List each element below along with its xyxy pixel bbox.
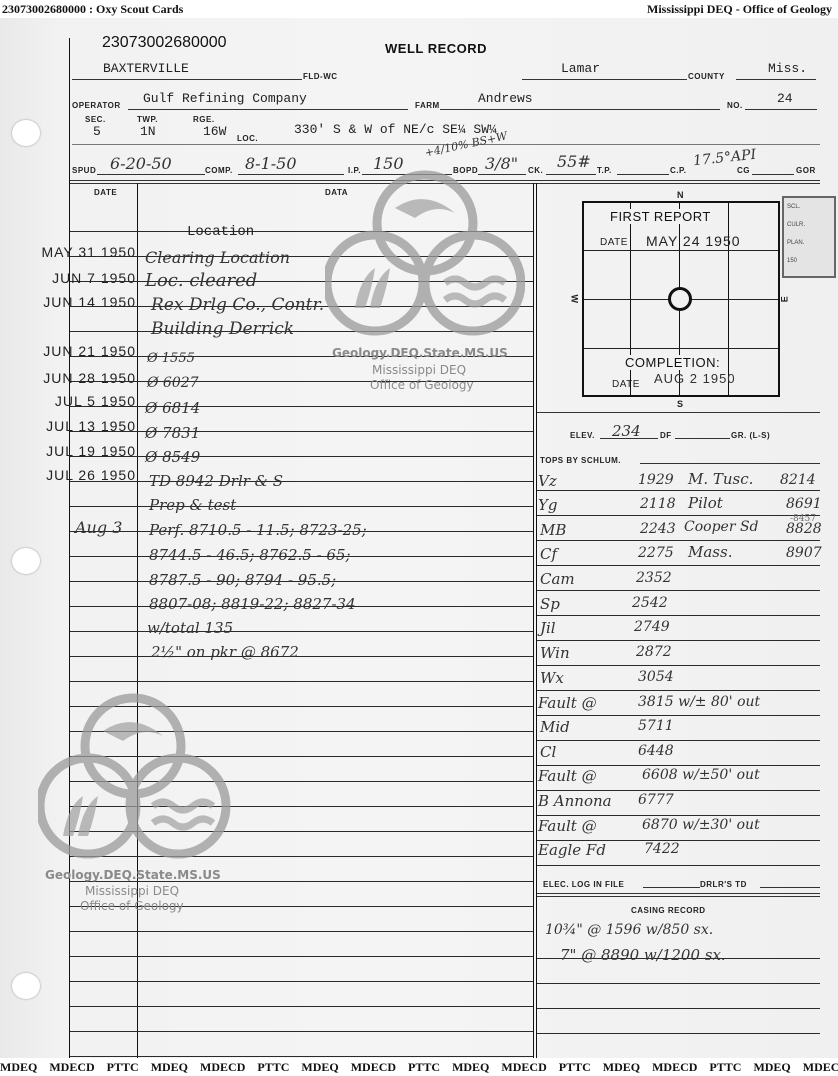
form-title: WELL RECORD xyxy=(385,41,487,56)
footer-item: MDEQ xyxy=(603,1060,640,1074)
ck-underline xyxy=(546,174,596,175)
twp-label: TWP. xyxy=(137,115,158,124)
top-name: Win xyxy=(540,644,570,662)
spud-underline xyxy=(97,174,205,175)
top-name: Eagle Fd xyxy=(538,841,606,859)
data-entry: Prep & test xyxy=(149,496,236,514)
df-label: DF xyxy=(660,431,672,440)
footer-item: MDECD xyxy=(200,1060,245,1074)
top-name-2: Cooper Sd xyxy=(684,519,759,535)
data-entry: Clearing Location xyxy=(145,248,290,267)
gr-label: GR. (L-S) xyxy=(731,431,770,440)
data-entry: Ø 6814 xyxy=(145,399,200,417)
binder-hole xyxy=(12,973,40,999)
stamp-row: PLAN. xyxy=(787,240,804,246)
field-value: BAXTERVILLE xyxy=(103,61,189,76)
rge-value: 16W xyxy=(203,124,226,139)
review-stamp: SCL. CULR. PLAN. 150 xyxy=(782,196,836,278)
footer-item: MDEQ xyxy=(452,1060,489,1074)
elec-log-label: ELEC. LOG IN FILE xyxy=(543,880,624,889)
title-bar: 23073002680000 : Oxy Scout Cards Mississ… xyxy=(0,0,838,18)
loc-label: LOC. xyxy=(237,134,258,143)
date-entry: JUL 5 1950 xyxy=(55,393,136,409)
top-depth: 2749 xyxy=(634,619,670,635)
casing-top-rule xyxy=(537,893,820,894)
top-depth: 2352 xyxy=(636,570,672,586)
footer-item: MDECD xyxy=(351,1060,396,1074)
footer-item: MDEQ xyxy=(0,1060,37,1074)
top-depth: 3815 w/± 80' out xyxy=(638,694,760,710)
county-underline xyxy=(522,79,687,80)
date-entry-handwritten: Aug 3 xyxy=(75,518,122,537)
top-name: Fault @ xyxy=(538,694,597,712)
footer-item: MDEQ xyxy=(753,1060,790,1074)
first-report-label: FIRST REPORT xyxy=(609,209,712,224)
top-name: Yg xyxy=(538,496,558,514)
record-title: 23073002680000 : Oxy Scout Cards xyxy=(2,0,183,18)
drlr-td-label: DRLR'S TD xyxy=(700,880,747,889)
elevation-underline xyxy=(600,438,658,439)
spud-label: SPUD xyxy=(72,166,96,175)
top-name: Sp xyxy=(540,595,560,613)
footer-item: MDECD xyxy=(49,1060,94,1074)
top-depth: 6777 xyxy=(638,792,674,808)
casing-entry: 7" @ 8890 w/1200 sx. xyxy=(560,946,726,964)
watermark-office: Office of Geology xyxy=(80,899,184,913)
date-entry: JUN 28 1950 xyxy=(43,370,136,386)
casing-entry: 10¾" @ 1596 w/850 sx. xyxy=(545,922,713,938)
comp-value: 8-1-50 xyxy=(245,154,297,173)
api-number: 23073002680000 xyxy=(102,34,227,52)
binder-hole xyxy=(12,120,40,146)
data-column-divider xyxy=(533,183,534,1058)
top-name: B Annona xyxy=(538,792,612,810)
date-entry: JUL 13 1950 xyxy=(46,418,136,434)
ck-value: 55# xyxy=(557,152,591,171)
top-depth: 5711 xyxy=(638,718,674,734)
top-depth-2: 8828 xyxy=(786,521,822,537)
top-name: MB xyxy=(540,521,566,539)
top-depth-2: 8691 xyxy=(786,496,822,512)
footer-item: MDECD xyxy=(652,1060,697,1074)
footer-item: PTTC xyxy=(107,1060,139,1074)
gor-label: GOR xyxy=(796,166,816,175)
comp-label: COMP. xyxy=(205,166,233,175)
farm-value: Andrews xyxy=(478,91,533,106)
top-depth-2: 8907 xyxy=(786,545,822,561)
tp-underline xyxy=(617,174,669,175)
footer-item: MDECD xyxy=(803,1060,838,1074)
footer-item: PTTC xyxy=(257,1060,289,1074)
top-name: Jil xyxy=(540,619,556,637)
well-record-scan: 23073002680000 WELL RECORD BAXTERVILLE F… xyxy=(0,18,838,1058)
operator-value: Gulf Refining Company xyxy=(143,91,307,106)
rge-label: RGE. xyxy=(193,115,215,124)
agency-title: Mississippi DEQ - Office of Geology xyxy=(647,0,832,18)
top-name: Cl xyxy=(540,743,556,761)
compass-north: N xyxy=(677,190,684,200)
top-depth-2: 8214 xyxy=(780,472,816,488)
county-value: Lamar xyxy=(561,61,600,76)
compass-west: W xyxy=(570,295,580,304)
casing-top-rule xyxy=(537,896,820,897)
operator-underline xyxy=(128,109,408,110)
top-depth: 7422 xyxy=(644,841,680,857)
stamp-row: 150 xyxy=(787,258,797,264)
number-value: 24 xyxy=(777,91,793,106)
sec-value: 5 xyxy=(93,124,101,139)
data-entry: 8807-08; 8819-22; 8827-34 xyxy=(149,595,356,613)
footer-bar: MDEQ MDECD PTTC MDEQ MDECD PTTC MDEQ MDE… xyxy=(0,1058,838,1076)
plat-grid-line xyxy=(584,348,778,349)
completion-date-label: DATE xyxy=(612,379,640,390)
data-entry: Rex Drlg Co., Contr. xyxy=(151,295,324,315)
field-label: FLD-WC xyxy=(303,72,338,81)
data-entry: Location xyxy=(187,224,254,240)
footer-item: PTTC xyxy=(559,1060,591,1074)
plat-map: FIRST REPORT DATE MAY 24 1950 COMPLETION… xyxy=(582,201,780,397)
top-depth: 6448 xyxy=(638,743,674,759)
data-entry: 2½" on pkr @ 8672 xyxy=(151,643,299,661)
plat-grid-line xyxy=(584,250,778,251)
state-value: Miss. xyxy=(768,61,807,76)
tp-label: T.P. xyxy=(597,166,612,175)
cg-underline xyxy=(752,174,794,175)
compass-south: S xyxy=(677,399,684,409)
top-name: Vz xyxy=(538,472,557,490)
date-entry: JUN 14 1950 xyxy=(43,294,136,310)
top-depth: 2118 xyxy=(640,496,676,512)
completion-label: COMPLETION: xyxy=(624,355,721,370)
completion-date: AUG 2 1950 xyxy=(654,371,736,386)
footer-item: PTTC xyxy=(408,1060,440,1074)
top-depth: 1929 xyxy=(638,472,674,488)
footer-item: MDEQ xyxy=(301,1060,338,1074)
sec-label: SEC. xyxy=(85,115,106,124)
data-entry: Ø 1555 xyxy=(147,351,195,366)
top-depth: 6608 w/±50' out xyxy=(642,767,760,783)
first-report-date-label: DATE xyxy=(600,237,628,248)
mdeq-logo-watermark xyxy=(38,676,238,866)
elec-log-underline xyxy=(643,887,700,888)
watermark-url: Geology.DEQ.State.MS.US xyxy=(45,868,221,882)
farm-label: FARM xyxy=(415,101,440,110)
data-entry: 8744.5 - 46.5; 8762.5 - 65; xyxy=(149,546,351,564)
top-depth: 6870 w/±30' out xyxy=(642,817,760,833)
top-depth: 3054 xyxy=(638,669,674,685)
operator-label: OPERATOR xyxy=(72,101,121,110)
watermark-agency: Mississippi DEQ xyxy=(372,363,466,377)
date-entry: JUN 7 1950 xyxy=(52,270,136,286)
ck-label: CK. xyxy=(528,166,543,175)
county-label: COUNTY xyxy=(688,72,725,81)
elevation-label: ELEV. xyxy=(570,431,595,440)
tops-label: TOPS BY SCHLUM. xyxy=(540,456,621,465)
data-entry: 8787.5 - 90; 8794 - 95.5; xyxy=(149,571,336,589)
date-column-header: DATE xyxy=(94,188,117,197)
compass-east: E xyxy=(779,296,789,303)
top-name: Fault @ xyxy=(538,767,597,785)
data-entry: Ø 7831 xyxy=(145,424,200,442)
date-entry: JUL 19 1950 xyxy=(46,443,136,459)
data-entry: Ø 6027 xyxy=(147,375,199,391)
footer-item: MDEQ xyxy=(151,1060,188,1074)
top-depth: 2542 xyxy=(632,595,668,611)
farm-underline xyxy=(440,109,720,110)
top-name: Wx xyxy=(540,669,564,687)
first-report-date: MAY 24 1950 xyxy=(646,233,741,249)
top-name-2: Pilot xyxy=(688,494,723,512)
watermark-office: Office of Geology xyxy=(370,378,474,392)
date-entry: JUN 21 1950 xyxy=(43,343,136,359)
top-name: Cam xyxy=(540,570,575,588)
state-underline xyxy=(736,79,816,80)
data-entry: w/total 135 xyxy=(147,619,233,637)
data-entry: TD 8942 Drlr & S xyxy=(149,472,283,490)
binder-hole xyxy=(12,548,40,574)
top-name-2: M. Tusc. xyxy=(688,470,753,488)
number-underline xyxy=(745,109,817,110)
spud-value: 6-20-50 xyxy=(110,154,172,173)
well-location-marker xyxy=(668,287,692,311)
stamp-row: CULR. xyxy=(787,222,805,228)
stamp-row: SCL. xyxy=(787,204,800,210)
watermark-url: Geology.DEQ.State.MS.US xyxy=(332,346,508,360)
loc-value: 330' S & W of NE/c SE¼ SW¼ xyxy=(294,122,497,137)
date-entry: JUL 26 1950 xyxy=(46,467,136,483)
top-depth: 2243 xyxy=(640,521,676,537)
data-entry: Perf. 8710.5 - 11.5; 8723-25; xyxy=(149,521,367,539)
footer-item: MDECD xyxy=(501,1060,546,1074)
cg-label: CG xyxy=(737,166,750,175)
footer-item: PTTC xyxy=(709,1060,741,1074)
data-entry: Ø 8549 xyxy=(145,448,200,466)
plat-bottom-rule xyxy=(537,412,820,413)
data-entry: Building Derrick xyxy=(151,319,294,339)
casing-record-label: CASING RECORD xyxy=(631,906,706,915)
top-name-2: Mass. xyxy=(688,543,732,561)
tops-underline xyxy=(640,463,820,464)
date-entry: MAY 31 1950 xyxy=(41,244,136,260)
top-name: Fault @ xyxy=(538,817,597,835)
data-entry: Loc. cleared xyxy=(145,270,257,291)
watermark-agency: Mississippi DEQ xyxy=(85,884,179,898)
drlr-td-underline xyxy=(760,887,820,888)
top-name: Cf xyxy=(540,545,557,563)
cp-label: C.P. xyxy=(670,166,687,175)
field-underline xyxy=(72,79,302,80)
top-depth: 2275 xyxy=(638,545,674,561)
top-name: Mid xyxy=(540,718,570,736)
mdeq-logo-watermark xyxy=(325,168,525,338)
df-underline xyxy=(675,438,730,439)
twp-value: 1N xyxy=(140,124,156,139)
top-depth: 2872 xyxy=(636,644,672,660)
number-label: NO. xyxy=(727,101,743,110)
